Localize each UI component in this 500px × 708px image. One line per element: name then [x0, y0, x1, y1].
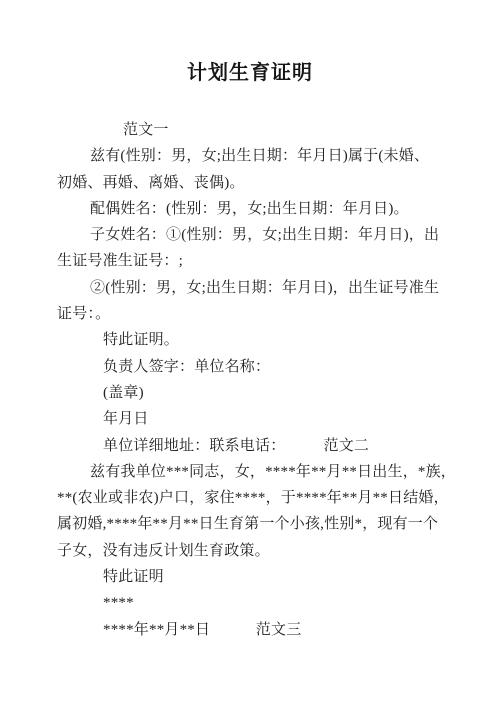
document-line: 子女，没有违反计划生育政策。 — [57, 538, 457, 564]
document-line: 兹有我单位***同志，女，****年**月**日出生，*族， — [57, 459, 457, 485]
document-line: 配偶姓名：(性别：男，女;出生日期：年月日)。 — [57, 196, 457, 222]
document-line: **(农业或非农)户口，家住****，于****年**月**日结婚， — [57, 485, 457, 511]
document-line: 初婚、再婚、离婚、丧偶)。 — [57, 170, 457, 196]
document-line: 属初婚,****年**月**日生育第一个小孩,性别*，现有一个 — [57, 511, 457, 537]
document-line: 年月日 — [57, 406, 457, 432]
document-line: **** — [57, 590, 457, 616]
document-line: 特此证明。 — [57, 327, 457, 353]
document-title: 计划生育证明 — [0, 56, 500, 85]
document-line: 子女姓名：①(性别：男，女;出生日期：年月日)，出 — [57, 222, 457, 248]
document-line: 负责人签字：单位名称： — [57, 354, 457, 380]
document-line: 兹有(性别：男，女;出生日期：年月日)属于(未婚、 — [57, 143, 457, 169]
document-line-sample2-label: 单位详细地址：联系电话： 范文二 — [57, 433, 457, 459]
document-line-sample1-label: 范文一 — [57, 117, 457, 143]
document-line: (盖章) — [57, 380, 457, 406]
document-line-sample3-label: ****年**月**日 范文三 — [57, 617, 457, 643]
document-line: 证号：。 — [57, 301, 457, 327]
document-body: 范文一 兹有(性别：男，女;出生日期：年月日)属于(未婚、 初婚、再婚、离婚、丧… — [57, 117, 457, 643]
document-line: 生证号准生证号：; — [57, 248, 457, 274]
document-page: 计划生育证明 范文一 兹有(性别：男，女;出生日期：年月日)属于(未婚、 初婚、… — [0, 0, 500, 708]
document-line: 特此证明 — [57, 564, 457, 590]
document-line: ②(性别：男，女;出生日期：年月日)，出生证号准生 — [57, 275, 457, 301]
